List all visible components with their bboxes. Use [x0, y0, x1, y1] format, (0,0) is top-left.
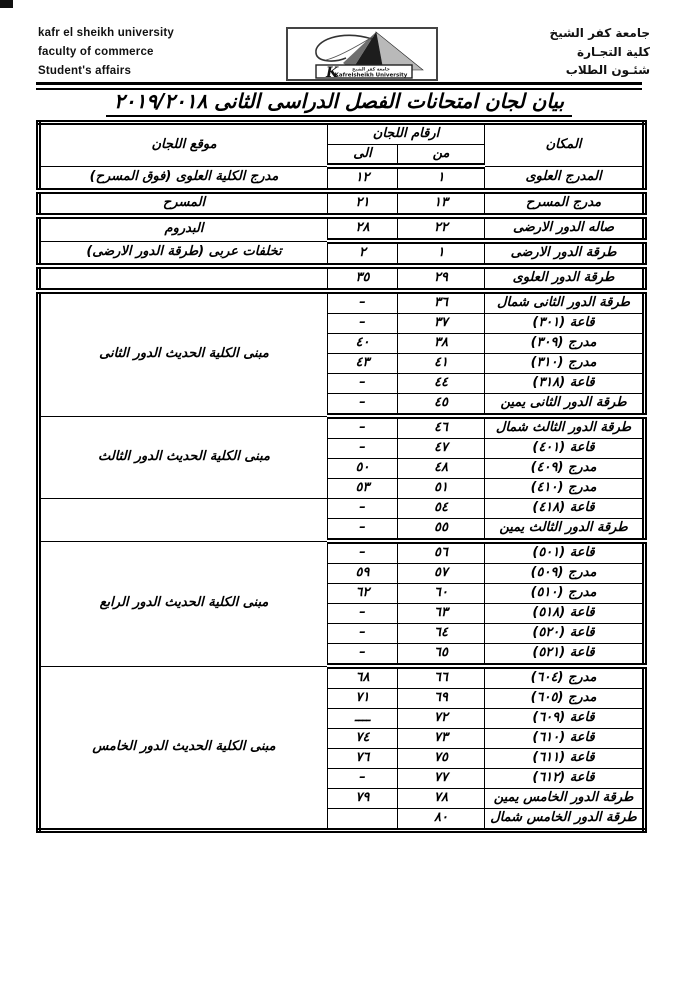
- place-cell: قاعة (٤١٨): [485, 499, 645, 519]
- scan-corner-mark: [0, 0, 13, 8]
- place-cell: قاعة (٥٢١): [485, 644, 645, 667]
- place-cell: مدرج (٤١٠): [485, 479, 645, 499]
- to-cell: ٢: [328, 241, 398, 266]
- from-cell: ٤٤: [398, 374, 485, 394]
- place-cell: قاعة (٣٠١): [485, 314, 645, 334]
- location-cell: البدروم: [39, 216, 328, 241]
- from-cell: ٣٧: [398, 314, 485, 334]
- location-cell: مدرج الكلية العلوى (فوق المسرح): [39, 166, 328, 191]
- to-cell: –: [328, 769, 398, 789]
- to-cell: ٦٢: [328, 584, 398, 604]
- section-third-floor: طرقة الدور الثالث شمال ٤٦ – مبنى الكلية …: [39, 416, 645, 541]
- place-cell: قاعة (٥٢٠): [485, 624, 645, 644]
- location-cell: مبنى الكلية الحديث الدور الثالث: [39, 416, 328, 499]
- place-cell: طرقة الدور الثانى شمال: [485, 291, 645, 314]
- to-cell: –: [328, 541, 398, 564]
- place-cell: قاعة (٦١١): [485, 749, 645, 769]
- to-cell: –: [328, 394, 398, 417]
- faculty-name-en: faculty of commerce: [38, 43, 174, 62]
- place-cell: طرقة الدور الثانى يمين: [485, 394, 645, 417]
- to-cell: ٤٠: [328, 334, 398, 354]
- place-cell: طرقة الدور الارضى: [485, 241, 645, 266]
- table-row: طرقة الدور الارضى ١ ٢ تخلفات عربى (طرقة …: [39, 241, 645, 266]
- col-header-committee-numbers: ارقام اللجان: [328, 123, 485, 145]
- from-cell: ١: [398, 166, 485, 191]
- from-cell: ٦٥: [398, 644, 485, 667]
- to-cell: –: [328, 624, 398, 644]
- location-cell: تخلفات عربى (طرقة الدور الارضى): [39, 241, 328, 266]
- from-cell: ٨٠: [398, 809, 485, 831]
- from-cell: ٥٦: [398, 541, 485, 564]
- university-header-arabic: جامعة كفر الشيخ كلية التجـارة شئـون الطل…: [550, 24, 650, 80]
- department-name-ar: شئـون الطلاب: [550, 61, 650, 80]
- from-cell: ٢٩: [398, 266, 485, 291]
- place-cell: مدرج (٦٠٥): [485, 689, 645, 709]
- place-cell: طرقة الدور العلوى: [485, 266, 645, 291]
- location-cell: [39, 266, 328, 291]
- place-cell: قاعة (٥١٨): [485, 604, 645, 624]
- faculty-name-ar: كلية التجـارة: [550, 43, 650, 62]
- from-cell: ٧٢: [398, 709, 485, 729]
- place-cell: مدرج (٣٠٩): [485, 334, 645, 354]
- table-row: قاعة (٥٠١) ٥٦ – مبنى الكلية الحديث الدور…: [39, 541, 645, 564]
- place-cell: مدرج (٣١٠): [485, 354, 645, 374]
- university-name-ar: جامعة كفر الشيخ: [550, 24, 650, 43]
- to-cell: –: [328, 499, 398, 519]
- place-cell: طرقة الدور الثالث شمال: [485, 416, 645, 439]
- from-cell: ٦٠: [398, 584, 485, 604]
- exam-committees-table: المكان ارقام اللجان موقع اللجان من الى ا…: [36, 120, 647, 833]
- page-title: بيان لجان امتحانات الفصل الدراسى الثانى …: [106, 88, 572, 117]
- table-row: صاله الدور الارضى ٢٢ ٢٨ البدروم: [39, 216, 645, 241]
- table-header-row: المكان ارقام اللجان موقع اللجان: [39, 123, 645, 145]
- document-page: kafr el sheikh university faculty of com…: [0, 0, 700, 989]
- col-header-to: الى: [328, 145, 398, 167]
- to-cell: ٥٠: [328, 459, 398, 479]
- to-cell: –: [328, 519, 398, 542]
- university-header-english: kafr el sheikh university faculty of com…: [38, 24, 174, 81]
- col-header-location: موقع اللجان: [39, 123, 328, 167]
- from-cell: ١: [398, 241, 485, 266]
- exam-table-wrap: المكان ارقام اللجان موقع اللجان من الى ا…: [36, 120, 642, 833]
- from-cell: ٧٧: [398, 769, 485, 789]
- from-cell: ٤٥: [398, 394, 485, 417]
- from-cell: ٤٧: [398, 439, 485, 459]
- from-cell: ٤٨: [398, 459, 485, 479]
- to-cell: ٧٩: [328, 789, 398, 809]
- col-header-from: من: [398, 145, 485, 167]
- to-cell: ٢٨: [328, 216, 398, 241]
- col-header-place: المكان: [485, 123, 645, 167]
- place-cell: المدرج العلوى: [485, 166, 645, 191]
- place-cell: مدرج المسرح: [485, 191, 645, 216]
- to-cell: –: [328, 291, 398, 314]
- from-cell: ٦٦: [398, 666, 485, 689]
- to-cell: –: [328, 374, 398, 394]
- place-cell: طرقة الدور الخامس شمال: [485, 809, 645, 831]
- section-fifth-floor: مدرج (٦٠٤) ٦٦ ٦٨ مبنى الكلية الحديث الدو…: [39, 666, 645, 831]
- to-cell: [328, 809, 398, 831]
- from-cell: ٣٦: [398, 291, 485, 314]
- to-cell: –: [328, 439, 398, 459]
- to-cell: ٧١: [328, 689, 398, 709]
- place-cell: مدرج (٦٠٤): [485, 666, 645, 689]
- from-cell: ٥٧: [398, 564, 485, 584]
- from-cell: ٦٩: [398, 689, 485, 709]
- place-cell: قاعة (٤٠١): [485, 439, 645, 459]
- to-cell: –: [328, 314, 398, 334]
- university-name-en: kafr el sheikh university: [38, 24, 174, 43]
- place-cell: مدرج (٥١٠): [485, 584, 645, 604]
- place-cell: طرقة الدور الخامس يمين: [485, 789, 645, 809]
- from-cell: ٤١: [398, 354, 485, 374]
- university-header: kafr el sheikh university faculty of com…: [38, 24, 650, 81]
- place-cell: مدرج (٥٠٩): [485, 564, 645, 584]
- from-cell: ٧٣: [398, 729, 485, 749]
- from-cell: ٧٥: [398, 749, 485, 769]
- from-cell: ٢٢: [398, 216, 485, 241]
- section-fourth-floor: قاعة (٥٠١) ٥٦ – مبنى الكلية الحديث الدور…: [39, 541, 645, 666]
- pyramid-logo-icon: K جامعة كفر الشيخ Kafrelsheikh Universit…: [286, 27, 438, 81]
- to-cell: –: [328, 604, 398, 624]
- to-cell: ١٢: [328, 166, 398, 191]
- table-row: طرقة الدور العلوى ٢٩ ٣٥: [39, 266, 645, 291]
- place-cell: قاعة (٦٠٩): [485, 709, 645, 729]
- to-cell: ٥٣: [328, 479, 398, 499]
- table-row: المدرج العلوى ١ ١٢ مدرج الكلية العلوى (ف…: [39, 166, 645, 191]
- table-row: مدرج (٦٠٤) ٦٦ ٦٨ مبنى الكلية الحديث الدو…: [39, 666, 645, 689]
- department-name-en: Student's affairs: [38, 62, 174, 81]
- from-cell: ٥٤: [398, 499, 485, 519]
- table-row: طرقة الدور الثانى شمال ٣٦ – مبنى الكلية …: [39, 291, 645, 314]
- place-cell: قاعة (٦١٠): [485, 729, 645, 749]
- section-main-building: المدرج العلوى ١ ١٢ مدرج الكلية العلوى (ف…: [39, 166, 645, 291]
- place-cell: قاعة (٦١٢): [485, 769, 645, 789]
- to-cell: ٢١: [328, 191, 398, 216]
- table-row: قاعة (٤١٨) ٥٤ –: [39, 499, 645, 519]
- university-logo: K جامعة كفر الشيخ Kafrelsheikh Universit…: [286, 27, 438, 81]
- location-cell: مبنى الكلية الحديث الدور الرابع: [39, 541, 328, 666]
- to-cell: –: [328, 644, 398, 667]
- location-cell: مبنى الكلية الحديث الدور الخامس: [39, 666, 328, 831]
- from-cell: ٦٣: [398, 604, 485, 624]
- section-second-floor: طرقة الدور الثانى شمال ٣٦ – مبنى الكلية …: [39, 291, 645, 416]
- from-cell: ٥٥: [398, 519, 485, 542]
- table-row: طرقة الدور الثالث شمال ٤٦ – مبنى الكلية …: [39, 416, 645, 439]
- location-cell: المسرح: [39, 191, 328, 216]
- table-row: مدرج المسرح ١٣ ٢١ المسرح: [39, 191, 645, 216]
- location-cell: [39, 499, 328, 542]
- place-cell: قاعة (٣١٨): [485, 374, 645, 394]
- from-cell: ٦٤: [398, 624, 485, 644]
- place-cell: صاله الدور الارضى: [485, 216, 645, 241]
- to-cell: ــــ: [328, 709, 398, 729]
- from-cell: ٣٨: [398, 334, 485, 354]
- to-cell: ٣٥: [328, 266, 398, 291]
- to-cell: ٦٨: [328, 666, 398, 689]
- from-cell: ١٣: [398, 191, 485, 216]
- from-cell: ٤٦: [398, 416, 485, 439]
- place-cell: قاعة (٥٠١): [485, 541, 645, 564]
- location-cell: مبنى الكلية الحديث الدور الثانى: [39, 291, 328, 416]
- to-cell: ٧٦: [328, 749, 398, 769]
- from-cell: ٥١: [398, 479, 485, 499]
- to-cell: –: [328, 416, 398, 439]
- to-cell: ٧٤: [328, 729, 398, 749]
- place-cell: طرقة الدور الثالث يمين: [485, 519, 645, 542]
- from-cell: ٧٨: [398, 789, 485, 809]
- logo-english-caption: Kafrelsheikh University: [334, 73, 407, 79]
- place-cell: مدرج (٤٠٩): [485, 459, 645, 479]
- to-cell: ٥٩: [328, 564, 398, 584]
- page-title-wrap: بيان لجان امتحانات الفصل الدراسى الثانى …: [36, 88, 642, 117]
- to-cell: ٤٣: [328, 354, 398, 374]
